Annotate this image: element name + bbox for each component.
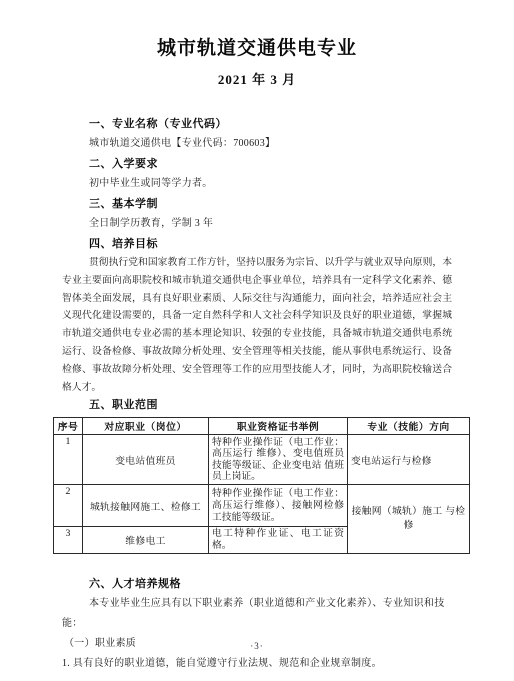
section-2-body: 初中毕业生或同等学力者。 <box>62 174 452 194</box>
table-header-row: 序号 对应职业（岗位） 职业资格证书举例 专业（技能）方向 <box>54 418 470 435</box>
col-header-no: 序号 <box>54 418 83 435</box>
cell-direction-2-3: 接触网（城轨）施工 与检修 <box>348 485 470 553</box>
section-6-body: 本专业毕业生应具有以下职业素养（职业道德和产业文化素养）、专业知识和技能： <box>62 594 452 634</box>
occupation-table: 序号 对应职业（岗位） 职业资格证书举例 专业（技能）方向 1 变电站值班员 特… <box>53 417 470 553</box>
document-date: 2021 年 3 月 <box>0 72 514 88</box>
col-header-cert: 职业资格证书举例 <box>209 418 348 435</box>
table-row: 1 变电站值班员 特种作业操作证（电工作业：高压运行 维修）、变电值班员技能等级… <box>54 435 470 485</box>
section-1-heading: 一、专业名称（专业代码） <box>62 114 452 134</box>
cell-no-3: 3 <box>54 527 83 553</box>
table-row: 2 城轨接触网施工、检修工 特种作业操作证（电工作业：高压运行维修）、接触网检修… <box>54 485 470 527</box>
cell-no-2: 2 <box>54 485 83 527</box>
document-page: 城市轨道交通供电专业 2021 年 3 月 一、专业名称（专业代码） 城市轨道交… <box>0 0 514 681</box>
cell-job-1: 变电站值班员 <box>83 435 209 485</box>
section-4-heading: 四、培养目标 <box>62 234 452 254</box>
cell-job-3: 维修电工 <box>83 527 209 553</box>
section-4-paragraph: 贯彻执行党和国家教育工作方针，坚持以服务为宗旨、以升学与就业双导向原则，本专业主… <box>62 254 452 396</box>
section-3-body: 全日制学历教育，学制 3 年 <box>62 214 452 234</box>
col-header-job: 对应职业（岗位） <box>83 418 209 435</box>
section-6-item-1: 1. 具有良好的职业道德，能自觉遵守行业法规、规范和企业规章制度。 <box>62 654 452 674</box>
section-2-heading: 二、入学要求 <box>62 154 452 174</box>
page-number: ·3· <box>0 641 514 651</box>
cell-cert-1: 特种作业操作证（电工作业：高压运行 维修）、变电值班员技能等级证、企业变电站 值… <box>209 435 348 485</box>
cell-cert-2: 特种作业操作证（电工作业：高压运行维修）、接触网检修工技能等级证。 <box>209 485 348 527</box>
cell-direction-1: 变电站运行与检修 <box>348 435 470 485</box>
col-header-direction: 专业（技能）方向 <box>348 418 470 435</box>
section-3-heading: 三、基本学制 <box>62 194 452 214</box>
document-body: 一、专业名称（专业代码） 城市轨道交通供电【专业代码：700603】 二、入学要… <box>62 114 452 674</box>
cell-job-2: 城轨接触网施工、检修工 <box>83 485 209 527</box>
section-1-body: 城市轨道交通供电【专业代码：700603】 <box>62 134 452 154</box>
section-5-heading: 五、职业范围 <box>62 396 452 414</box>
section-6-heading: 六、人才培养规格 <box>62 574 452 594</box>
cell-no-1: 1 <box>54 435 83 485</box>
cell-cert-3: 电工特种作业证、电工证资格。 <box>209 527 348 553</box>
document-title: 城市轨道交通供电专业 <box>0 36 514 61</box>
